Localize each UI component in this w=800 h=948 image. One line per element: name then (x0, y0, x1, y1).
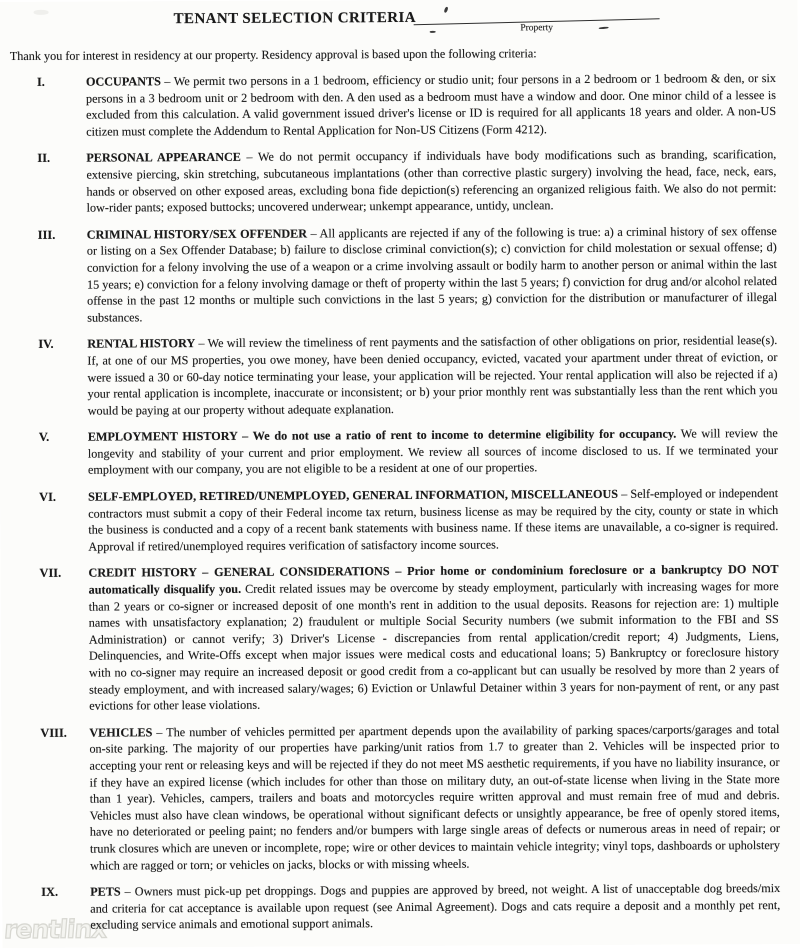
section-paragraph: CRIMINAL HISTORY/SEX OFFENDER – All appl… (87, 223, 778, 326)
section-paragraph: CREDIT HISTORY – GENERAL CONSIDERATIONS … (88, 561, 779, 714)
section-paragraph: VEHICLES – The number of vehicles permit… (89, 721, 780, 874)
section-item: II. PERSONAL APPEARANCE – We do not perm… (10, 146, 776, 216)
section-paragraph: PERSONAL APPEARANCE – We do not permit o… (86, 146, 776, 216)
section-heading: PETS (90, 885, 121, 899)
section-item: VI. SELF-EMPLOYED, RETIRED/UNEMPLOYED, G… (12, 485, 778, 555)
section-paragraph: PETS – Owners must pick-up pet droppings… (90, 880, 780, 933)
section-heading: CRIMINAL HISTORY/SEX OFFENDER (87, 226, 307, 241)
page-title: TENANT SELECTION CRITERIA (174, 10, 416, 28)
document-page: TENANT SELECTION CRITERIA Property Thank… (0, 0, 800, 946)
section-paragraph: OCCUPANTS – We permit two persons in a 1… (86, 70, 776, 140)
section-numeral: VIII. (13, 724, 90, 874)
section-heading: VEHICLES (89, 725, 152, 739)
section-numeral: VII. (12, 565, 89, 715)
section-heading: PERSONAL APPEARANCE (86, 150, 241, 165)
section-body-text: Credit related issues may be overcome by… (89, 579, 779, 713)
section-heading: CREDIT HISTORY – GENERAL CONSIDERATIONS (88, 564, 389, 580)
section-numeral: V. (12, 429, 88, 479)
section-paragraph: SELF-EMPLOYED, RETIRED/UNEMPLOYED, GENER… (88, 485, 778, 555)
document-header: TENANT SELECTION CRITERIA Property (0, 0, 798, 46)
section-heading: EMPLOYMENT HISTORY (88, 429, 238, 444)
section-numeral: I. (10, 74, 86, 141)
section-paragraph: EMPLOYMENT HISTORY – We do not use a rat… (88, 425, 778, 478)
section-bold-lead: – We do not use a ratio of rent to incom… (237, 427, 676, 443)
section-body-text: – We permit two persons in a 1 bedroom, … (86, 71, 776, 138)
section-item: VIII. VEHICLES – The number of vehicles … (13, 721, 780, 874)
section-paragraph: RENTAL HISTORY – We will review the time… (87, 332, 777, 419)
section-numeral: III. (11, 226, 88, 326)
section-numeral: VI. (12, 489, 88, 556)
section-numeral: IV. (11, 336, 87, 419)
section-item: IV. RENTAL HISTORY – We will review the … (11, 332, 777, 419)
section-item: IX. PETS – Owners must pick-up pet dropp… (14, 880, 780, 934)
property-signature-field[interactable]: Property (414, 21, 660, 34)
section-item: VII. CREDIT HISTORY – GENERAL CONSIDERAT… (12, 561, 779, 714)
section-body-text: – The number of vehicles permitted per a… (89, 722, 780, 872)
section-item: I. OCCUPANTS – We permit two persons in … (10, 70, 776, 140)
criteria-sections: I. OCCUPANTS – We permit two persons in … (0, 70, 800, 934)
section-numeral: IX. (14, 884, 90, 934)
section-item: V. EMPLOYMENT HISTORY – We do not use a … (12, 425, 778, 479)
section-heading: RENTAL HISTORY (87, 336, 195, 351)
section-body-text: – Owners must pick-up pet droppings. Dog… (90, 881, 780, 932)
section-numeral: II. (10, 150, 86, 217)
section-item: III. CRIMINAL HISTORY/SEX OFFENDER – All… (11, 223, 778, 327)
section-heading: SELF-EMPLOYED, RETIRED/UNEMPLOYED, GENER… (88, 487, 618, 504)
intro-paragraph: Thank you for interest in residency at o… (10, 44, 776, 64)
section-heading: OCCUPANTS (86, 74, 161, 88)
